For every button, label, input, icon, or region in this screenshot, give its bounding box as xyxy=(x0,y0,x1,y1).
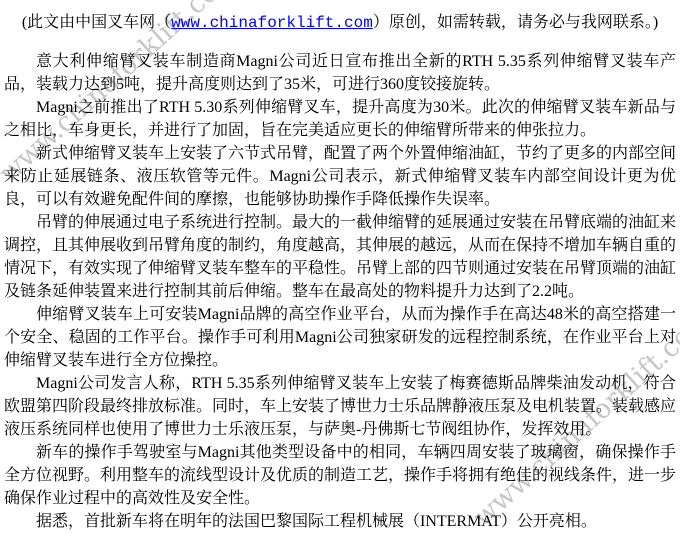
paragraph-intermat-debut: 据悉，首批新车将在明年的法国巴黎国际工程机械展（INTERMAT）公开亮相。 xyxy=(4,510,676,533)
paragraph-work-platform: 伸缩臂叉装车上可安装Magni品牌的高空作业平台，从而为操作手在高达48米的高空… xyxy=(4,303,676,372)
paragraph-engine-hydraulics: Magni公司发言人称，RTH 5.35系列伸缩臂叉装车上安装了梅赛德斯品牌柴油… xyxy=(4,372,676,441)
paragraph-rth530-comparison: Magni之前推出了RTH 5.30系列伸缩臂叉车，提升高度为30米。此次的伸缩… xyxy=(4,96,676,142)
paragraph-boom-design: 新式伸缩臂叉装车上安装了六节式吊臂，配置了两个外置伸缩油缸，节约了更多的内部空间… xyxy=(4,142,676,211)
site-link[interactable]: www.chinaforklift.com xyxy=(171,14,373,32)
attribution-prefix: (此文由中国叉车网（ xyxy=(22,14,171,31)
attribution-line: (此文由中国叉车网（www.chinaforklift.com）原创，如需转载，… xyxy=(4,11,676,35)
paragraph-boom-control: 吊臂的伸展通过电子系统进行控制。最大的一截伸缩臂的延展通过安装在吊臂底端的油缸来… xyxy=(4,211,676,303)
article-content: (此文由中国叉车网（www.chinaforklift.com）原创，如需转载，… xyxy=(0,0,680,533)
paragraph-intro-rth535: 意大利伸缩臂叉装车制造商Magni公司近日宣布推出全新的RTH 5.35系列伸缩… xyxy=(4,50,676,96)
attribution-suffix: ）原创，如需转载，请务必与我网联系。) xyxy=(373,14,658,31)
document-page: www.chinaforklift.com www.chinaforklift.… xyxy=(0,0,680,537)
paragraph-cab-visibility: 新车的操作手驾驶室与Magni其他类型设备中的相同，车辆四周安装了玻璃窗，确保操… xyxy=(4,441,676,510)
